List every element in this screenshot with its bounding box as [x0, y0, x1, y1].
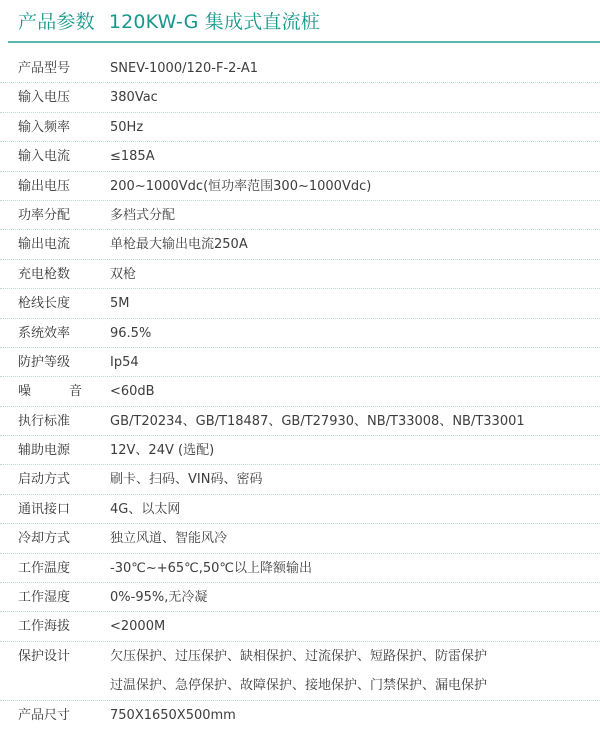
spec-label: 保护设计: [18, 642, 88, 671]
spec-label: 输入电压: [18, 83, 88, 112]
spec-label: 工作湿度: [18, 583, 88, 612]
spec-label: 执行标准: [18, 407, 88, 436]
spec-row-start-method: 启动方式 刷卡、扫码、VIN码、密码: [0, 465, 600, 494]
spec-label: 通讯接口: [18, 495, 88, 524]
spec-row-output-voltage: 输出电压 200~1000Vdc(恒功率范围300~1000Vdc): [0, 172, 600, 201]
spec-row-dimensions: 产品尺寸 750X1650X500mm: [0, 701, 600, 730]
spec-row-standards: 执行标准 GB/T20234、GB/T18487、GB/T27930、NB/T3…: [0, 407, 600, 436]
spec-value-line: 过温保护、急停保护、故障保护、接地保护、门禁保护、漏电保护: [110, 671, 590, 700]
spec-value: 多档式分配: [110, 201, 590, 230]
spec-row-protection-design: 保护设计 欠压保护、过压保护、缺相保护、过流保护、短路保护、防雷保护 过温保护、…: [0, 642, 600, 701]
spec-label: 功率分配: [18, 201, 88, 230]
spec-label-part: 噪: [18, 377, 31, 406]
spec-value: 96.5%: [110, 319, 590, 348]
spec-value: ≤185A: [110, 142, 590, 171]
spec-value: -30℃~+65℃,50℃以上降额输出: [110, 554, 590, 583]
spec-row-protection-rating: 防护等级 Ip54: [0, 348, 600, 377]
spec-value-line: 欠压保护、过压保护、缺相保护、过流保护、短路保护、防雷保护: [110, 642, 590, 671]
spec-value: GB/T20234、GB/T18487、GB/T27930、NB/T33008、…: [110, 407, 590, 436]
spec-table: 产品型号 SNEV-1000/120-F-2-A1 输入电压 380Vac 输入…: [0, 54, 600, 730]
spec-label: 枪线长度: [18, 289, 88, 318]
spec-row-cable-length: 枪线长度 5M: [0, 289, 600, 318]
page-header: 产品参数120KW-G 集成式直流桩: [0, 0, 600, 44]
spec-label: 冷却方式: [18, 524, 88, 553]
spec-row-output-current: 输出电流 单枪最大输出电流250A: [0, 230, 600, 259]
spec-row-operating-temperature: 工作温度 -30℃~+65℃,50℃以上降额输出: [0, 554, 600, 583]
product-name: 120KW-G 集成式直流桩: [109, 11, 320, 33]
spec-row-operating-humidity: 工作湿度 0%-95%,无冷凝: [0, 583, 600, 612]
spec-label: 噪 音: [18, 377, 82, 406]
spec-label: 工作温度: [18, 554, 88, 583]
spec-value: 12V、24V (选配): [110, 436, 590, 465]
section-title: 产品参数: [18, 11, 95, 33]
spec-value: 0%-95%,无冷凝: [110, 583, 590, 612]
spec-label: 防护等级: [18, 348, 88, 377]
spec-label: 产品尺寸: [18, 701, 88, 730]
spec-label: 工作海拔: [18, 612, 88, 641]
spec-row-aux-power: 辅助电源 12V、24V (选配): [0, 436, 600, 465]
spec-value: 欠压保护、过压保护、缺相保护、过流保护、短路保护、防雷保护 过温保护、急停保护、…: [110, 642, 590, 701]
spec-value: 刷卡、扫码、VIN码、密码: [110, 465, 590, 494]
spec-label: 输出电流: [18, 230, 88, 259]
spec-label: 输入电流: [18, 142, 88, 171]
spec-value: 4G、以太网: [110, 495, 590, 524]
spec-value: Ip54: [110, 348, 590, 377]
spec-row-gun-count: 充电枪数 双枪: [0, 260, 600, 289]
spec-value: 750X1650X500mm: [110, 701, 590, 730]
spec-row-input-current: 输入电流 ≤185A: [0, 142, 600, 171]
spec-value: 独立风道、智能风冷: [110, 524, 590, 553]
spec-row-cooling: 冷却方式 独立风道、智能风冷: [0, 524, 600, 553]
spec-row-power-distribution: 功率分配 多档式分配: [0, 201, 600, 230]
spec-label: 产品型号: [18, 54, 88, 83]
header-divider: [8, 41, 600, 43]
spec-label: 输出电压: [18, 172, 88, 201]
spec-label: 系统效率: [18, 319, 88, 348]
header-title: 产品参数120KW-G 集成式直流桩: [18, 9, 320, 35]
spec-value: <60dB: [110, 377, 590, 406]
spec-value: 200~1000Vdc(恒功率范围300~1000Vdc): [110, 172, 590, 201]
spec-row-input-voltage: 输入电压 380Vac: [0, 83, 600, 112]
spec-row-efficiency: 系统效率 96.5%: [0, 319, 600, 348]
spec-row-altitude: 工作海拔 <2000M: [0, 612, 600, 641]
spec-label: 辅助电源: [18, 436, 88, 465]
spec-value: 双枪: [110, 260, 590, 289]
spec-value: SNEV-1000/120-F-2-A1: [110, 54, 590, 83]
spec-label: 输入频率: [18, 113, 88, 142]
spec-label: 启动方式: [18, 465, 88, 494]
spec-label: 充电枪数: [18, 260, 88, 289]
spec-value: 5M: [110, 289, 590, 318]
spec-value: 50Hz: [110, 113, 590, 142]
spec-row-communication: 通讯接口 4G、以太网: [0, 495, 600, 524]
spec-value: <2000M: [110, 612, 590, 641]
spec-row-input-frequency: 输入频率 50Hz: [0, 113, 600, 142]
spec-label-part: 音: [69, 377, 82, 406]
spec-value: 380Vac: [110, 83, 590, 112]
spec-row-noise: 噪 音 <60dB: [0, 377, 600, 406]
spec-value: 单枪最大输出电流250A: [110, 230, 590, 259]
spec-row-model: 产品型号 SNEV-1000/120-F-2-A1: [0, 54, 600, 83]
